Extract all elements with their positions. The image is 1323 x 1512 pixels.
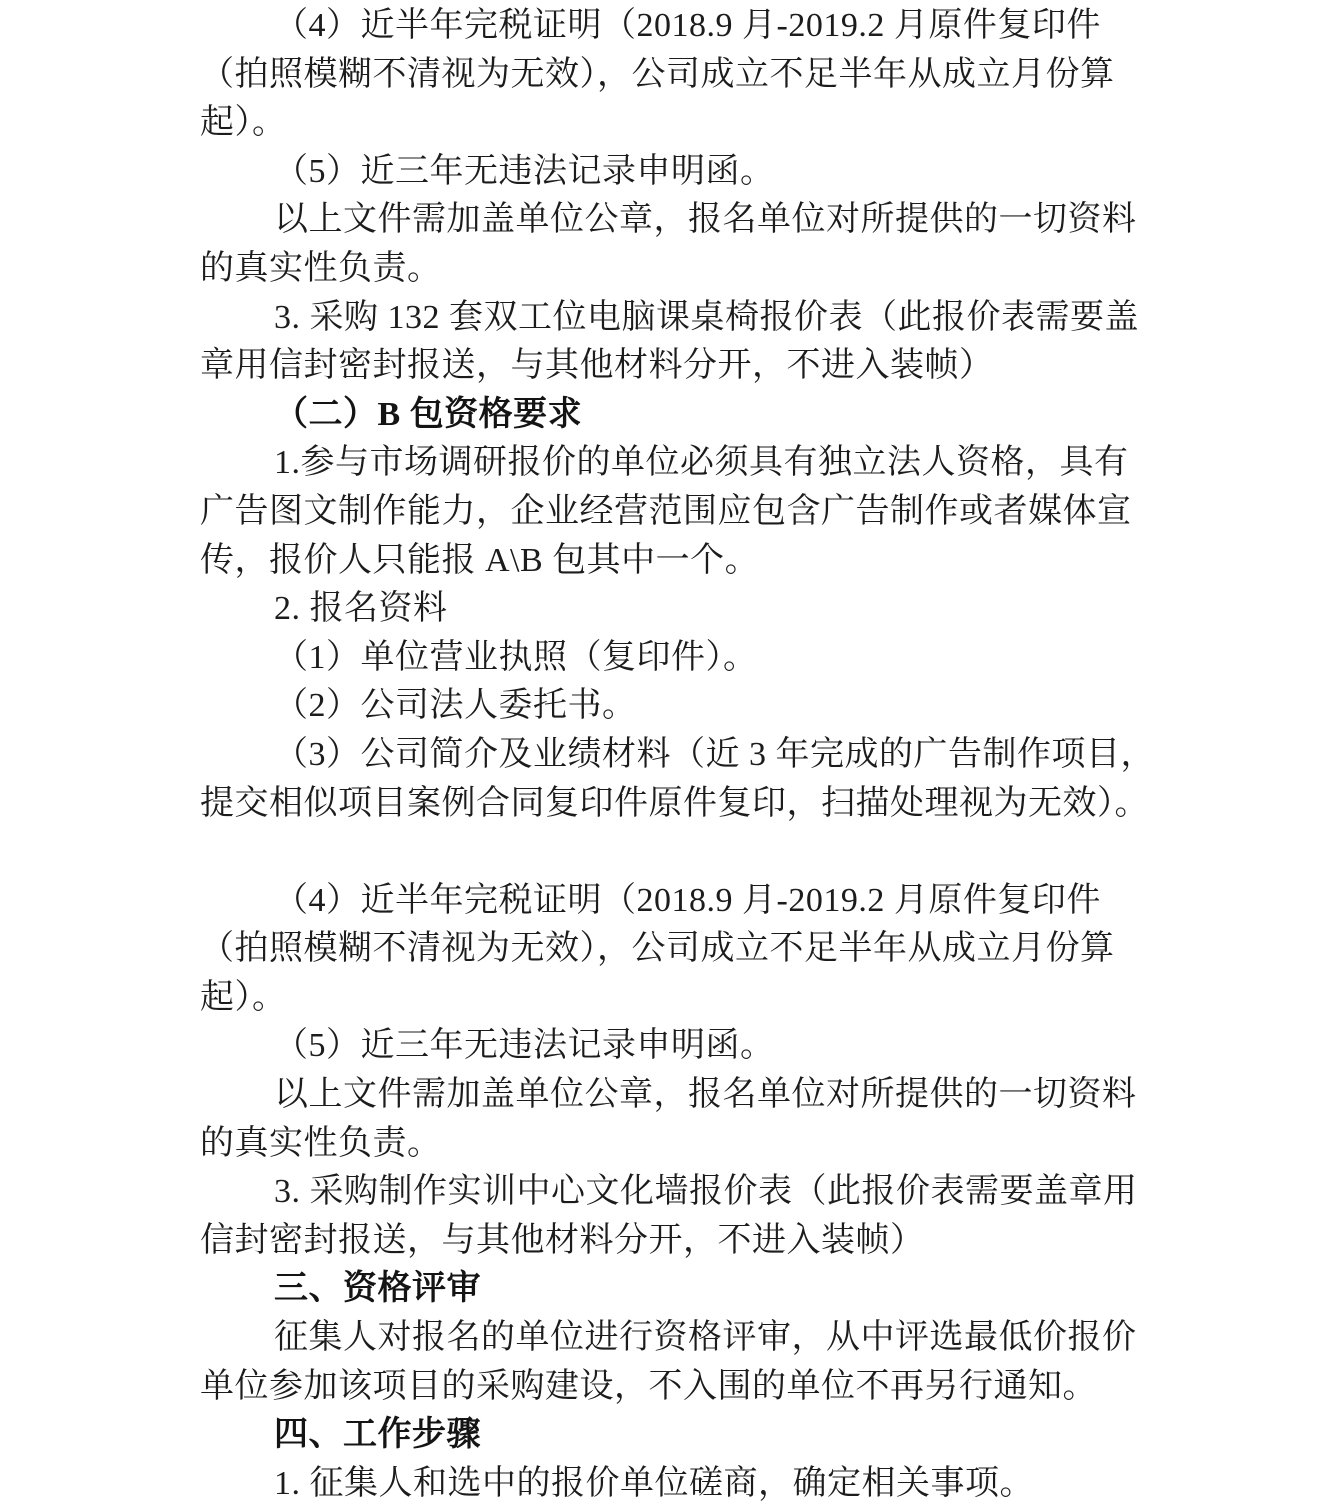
document-line: 提交相似项目案例合同复印件原件复印，扫描处理视为无效）。 [200, 780, 1138, 829]
document-line: 起）。 [200, 99, 1138, 148]
document-line: 广告图文制作能力，企业经营范围应包含广告制作或者媒体宣 [200, 488, 1138, 537]
document-line: （2）公司法人委托书。 [200, 682, 1138, 731]
document-body: （4）近半年完税证明（2018.9 月-2019.2 月原件复印件（拍照模糊不清… [200, 2, 1138, 1508]
document-line: （5）近三年无违法记录申明函。 [200, 148, 1138, 197]
document-line: （拍照模糊不清视为无效），公司成立不足半年从成立月份算 [200, 925, 1138, 974]
document-line: （拍照模糊不清视为无效），公司成立不足半年从成立月份算 [200, 51, 1138, 100]
document-line: 传，报价人只能报 A\B 包其中一个。 [200, 537, 1138, 586]
document-line: （4）近半年完税证明（2018.9 月-2019.2 月原件复印件 [200, 877, 1138, 926]
section-heading: 三、资格评审 [200, 1265, 1138, 1314]
document-line: 以上文件需加盖单位公章，报名单位对所提供的一切资料 [200, 196, 1138, 245]
blank-line [200, 828, 1138, 877]
document-line: （1）单位营业执照（复印件）。 [200, 634, 1138, 683]
document-line: 信封密封报送，与其他材料分开，不进入装帧） [200, 1217, 1138, 1266]
document-line: 3. 采购 132 套双工位电脑课桌椅报价表（此报价表需要盖 [200, 294, 1138, 343]
document-line: （4）近半年完税证明（2018.9 月-2019.2 月原件复印件 [200, 2, 1138, 51]
document-line: 3. 采购制作实训中心文化墙报价表（此报价表需要盖章用 [200, 1168, 1138, 1217]
document-line: 1. 征集人和选中的报价单位磋商，确定相关事项。 [200, 1460, 1138, 1509]
document-line: 单位参加该项目的采购建设，不入围的单位不再另行通知。 [200, 1363, 1138, 1412]
document-line: 征集人对报名的单位进行资格评审，从中评选最低价报价 [200, 1314, 1138, 1363]
document-line: 起）。 [200, 974, 1138, 1023]
document-line: 1.参与市场调研报价的单位必须具有独立法人资格，具有 [200, 439, 1138, 488]
document-line: 的真实性负责。 [200, 1120, 1138, 1169]
document-line: 2. 报名资料 [200, 585, 1138, 634]
document-line: 章用信封密封报送，与其他材料分开，不进入装帧） [200, 342, 1138, 391]
document-line: 的真实性负责。 [200, 245, 1138, 294]
section-heading: 四、工作步骤 [200, 1411, 1138, 1460]
document-page: （4）近半年完税证明（2018.9 月-2019.2 月原件复印件（拍照模糊不清… [0, 0, 1323, 1512]
document-line: （5）近三年无违法记录申明函。 [200, 1022, 1138, 1071]
section-heading: （二）B 包资格要求 [200, 391, 1138, 440]
document-line: （3）公司简介及业绩材料（近 3 年完成的广告制作项目， [200, 731, 1138, 780]
document-line: 以上文件需加盖单位公章，报名单位对所提供的一切资料 [200, 1071, 1138, 1120]
